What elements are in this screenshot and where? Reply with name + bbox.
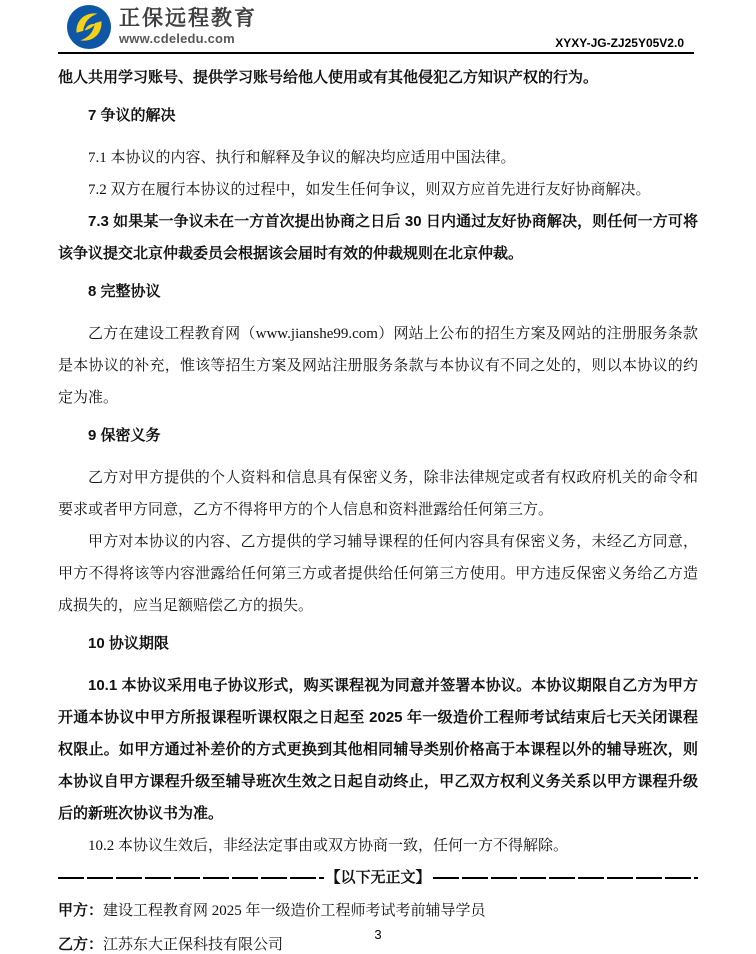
clause-7-3: 7.3 如果某一争议未在一方首次提出协商之日后 30 日内通过友好协商解决，则任… (58, 206, 698, 270)
logo-url: www.cdeledu.com (119, 31, 257, 47)
party-a-label: 甲方： (58, 902, 103, 919)
logo: 正保远程教育 www.cdeledu.com (66, 4, 257, 50)
clause-9-2: 甲方对本协议的内容、乙方提供的学习辅导课程的任何内容具有保密义务，未经乙方同意，… (58, 526, 698, 622)
document-version-code: XYXY-JG-ZJ25Y05V2.0 (555, 36, 684, 50)
document-body: 他人共用学习账号、提供学习账号给他人使用或有其他侵犯乙方知识产权的行为。 7 争… (58, 62, 698, 954)
divider-line-right (433, 877, 699, 880)
clause-10-1: 10.1 本协议采用电子协议形式，购买课程视为同意并签署本协议。本协议期限自乙方… (58, 670, 698, 830)
divider-line-left (58, 877, 324, 880)
no-more-text-divider: 【以下无正文】 (58, 862, 698, 894)
clause-7-1: 7.1 本协议的内容、执行和解释及争议的解决均应适用中国法律。 (58, 142, 698, 174)
party-a-value: 建设工程教育网 2025 年一级造价工程师考试考前辅导学员 (103, 903, 486, 919)
clause-9-1: 乙方对甲方提供的个人资料和信息具有保密义务，除非法律规定或者有权政府机关的命令和… (58, 462, 698, 526)
clause-10-2: 10.2 本协议生效后，非经法定事由或双方协商一致，任何一方不得解除。 (58, 830, 698, 862)
page-number: 3 (374, 927, 381, 942)
section-heading-10: 10 协议期限 (58, 628, 698, 660)
logo-title: 正保远程教育 (119, 7, 257, 31)
section-heading-8: 8 完整协议 (58, 276, 698, 308)
clause-8-1: 乙方在建设工程教育网（www.jianshe99.com）网站上公布的招生方案及… (58, 318, 698, 414)
logo-swirl-icon (66, 4, 112, 50)
party-a-line: 甲方：建设工程教育网 2025 年一级造价工程师考试考前辅导学员 (58, 894, 698, 928)
logo-text: 正保远程教育 www.cdeledu.com (119, 7, 257, 47)
section-heading-7: 7 争议的解决 (58, 100, 698, 132)
page-footer: 3 (0, 927, 756, 942)
clause-7-2: 7.2 双方在履行本协议的过程中，如发生任何争议，则双方应首先进行友好协商解决。 (58, 174, 698, 206)
divider-label: 【以下无正文】 (324, 862, 433, 894)
page-header: 正保远程教育 www.cdeledu.com XYXY-JG-ZJ25Y05V2… (58, 0, 694, 54)
paragraph-continuation: 他人共用学习账号、提供学习账号给他人使用或有其他侵犯乙方知识产权的行为。 (58, 62, 698, 94)
section-heading-9: 9 保密义务 (58, 420, 698, 452)
agreement-page: 正保远程教育 www.cdeledu.com XYXY-JG-ZJ25Y05V2… (0, 0, 756, 954)
